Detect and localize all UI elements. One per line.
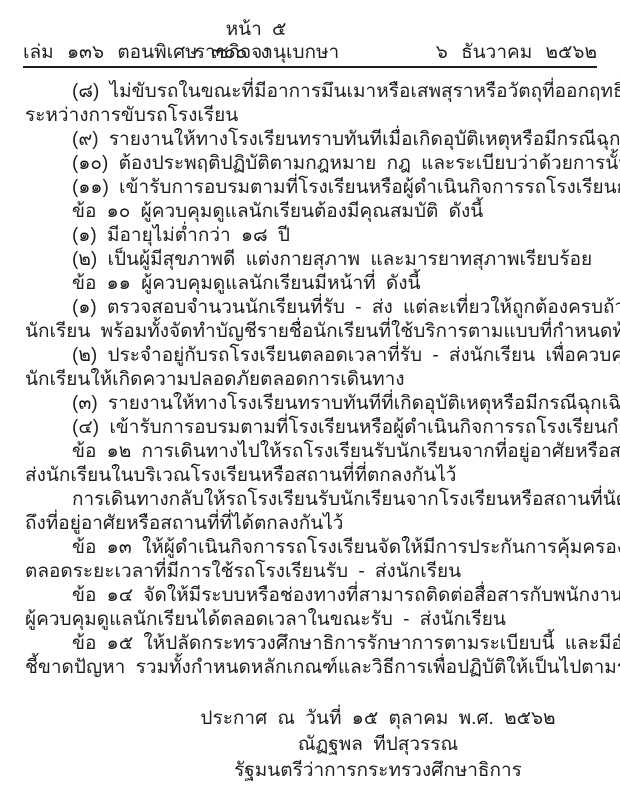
header-divider-rule	[23, 66, 597, 68]
document-line: ข้อ ๑๒ การเดินทางไปให้รถโรงเรียนรับนักเร…	[25, 440, 615, 464]
document-line: (๒) ประจำอยู่กับรถโรงเรียนตลอดเวลาที่รับ…	[25, 344, 615, 368]
document-line: ข้อ ๑๓ ให้ผู้ดำเนินกิจการรถโรงเรียนจัดให…	[25, 536, 615, 560]
document-line: (๑๐) ต้องประพฤติปฏิบัติตามกฎหมาย กฎ และร…	[25, 152, 615, 176]
document-line: ตลอดระยะเวลาที่มีการใช้รถโรงเรียนรับ - ส…	[25, 560, 615, 584]
document-line: ส่งนักเรียนในบริเวณโรงเรียนหรือสถานที่ที…	[25, 464, 615, 488]
document-line: ชี้ขาดปัญหา รวมทั้งกำหนดหลักเกณฑ์และวิธี…	[25, 656, 615, 680]
document-line: (๑) ตรวจสอบจำนวนนักเรียนที่รับ - ส่ง แต่…	[25, 296, 615, 320]
document-line: นักเรียนให้เกิดความปลอดภัยตลอดการเดินทาง	[25, 368, 615, 392]
document-line: ข้อ ๑๑ ผู้ควบคุมดูแลนักเรียนมีหน้าที่ ดั…	[25, 272, 615, 296]
document-line: ข้อ ๑๐ ผู้ควบคุมดูแลนักเรียนต้องมีคุณสมบ…	[25, 200, 615, 224]
publication-date: ๖ ธันวาคม ๒๕๖๒	[436, 42, 597, 64]
document-line: (๑๑) เข้ารับการอบรมตามที่โรงเรียนหรือผู้…	[25, 176, 615, 200]
signer-name: ณัฏฐพล ทีปสุวรรณ	[128, 732, 620, 758]
document-line: ข้อ ๑๔ จัดให้มีระบบหรือช่องทางที่สามารถต…	[25, 584, 615, 608]
document-line: (๒) เป็นผู้มีสุขภาพดี แต่งกายสุภาพ และมา…	[25, 248, 615, 272]
proclamation-date-line: ประกาศ ณ วันที่ ๑๕ ตุลาคม พ.ศ. ๒๕๖๒	[128, 706, 620, 732]
document-line: (๘) ไม่ขับรถในขณะที่มีอาการมึนเมาหรือเสพ…	[25, 80, 615, 104]
document-line: (๔) เข้ารับการอบรมตามที่โรงเรียนหรือผู้ด…	[25, 416, 615, 440]
document-line: ระหว่างการขับรถโรงเรียน	[25, 104, 615, 128]
gazette-header-row: เล่ม ๑๓๖ ตอนพิเศษ ๓๐๐ ง ราชกิจจานุเบกษา …	[0, 42, 620, 64]
document-line: (๑) มีอายุไม่ต่ำกว่า ๑๘ ปี	[25, 224, 615, 248]
document-line: ข้อ ๑๕ ให้ปลัดกระทรวงศึกษาธิการรักษาการต…	[25, 632, 615, 656]
signer-title: รัฐมนตรีว่าการกระทรวงศึกษาธิการ	[128, 758, 620, 784]
signature-block: ประกาศ ณ วันที่ ๑๕ ตุลาคม พ.ศ. ๒๕๖๒ ณัฏฐ…	[128, 706, 620, 784]
document-line: (๙) รายงานให้ทางโรงเรียนทราบทันทีเมื่อเก…	[25, 128, 615, 152]
document-line: การเดินทางกลับให้รถโรงเรียนรับนักเรียนจา…	[25, 488, 615, 512]
gazette-page: หน้า ๕ เล่ม ๑๓๖ ตอนพิเศษ ๓๐๐ ง ราชกิจจาน…	[0, 0, 620, 794]
document-line: (๓) รายงานให้ทางโรงเรียนทราบทันทีที่เกิด…	[25, 392, 615, 416]
document-line: ถึงที่อยู่อาศัยหรือสถานที่ที่ได้ตกลงกันไ…	[25, 512, 615, 536]
document-line: นักเรียน พร้อมทั้งจัดทำบัญชีรายชื่อนักเร…	[25, 320, 615, 344]
document-line: ผู้ควบคุมดูแลนักเรียนได้ตลอดเวลาในขณะรับ…	[25, 608, 615, 632]
page-number-label: หน้า ๕	[0, 19, 512, 41]
document-body: (๘) ไม่ขับรถในขณะที่มีอาการมึนเมาหรือเสพ…	[25, 80, 615, 680]
